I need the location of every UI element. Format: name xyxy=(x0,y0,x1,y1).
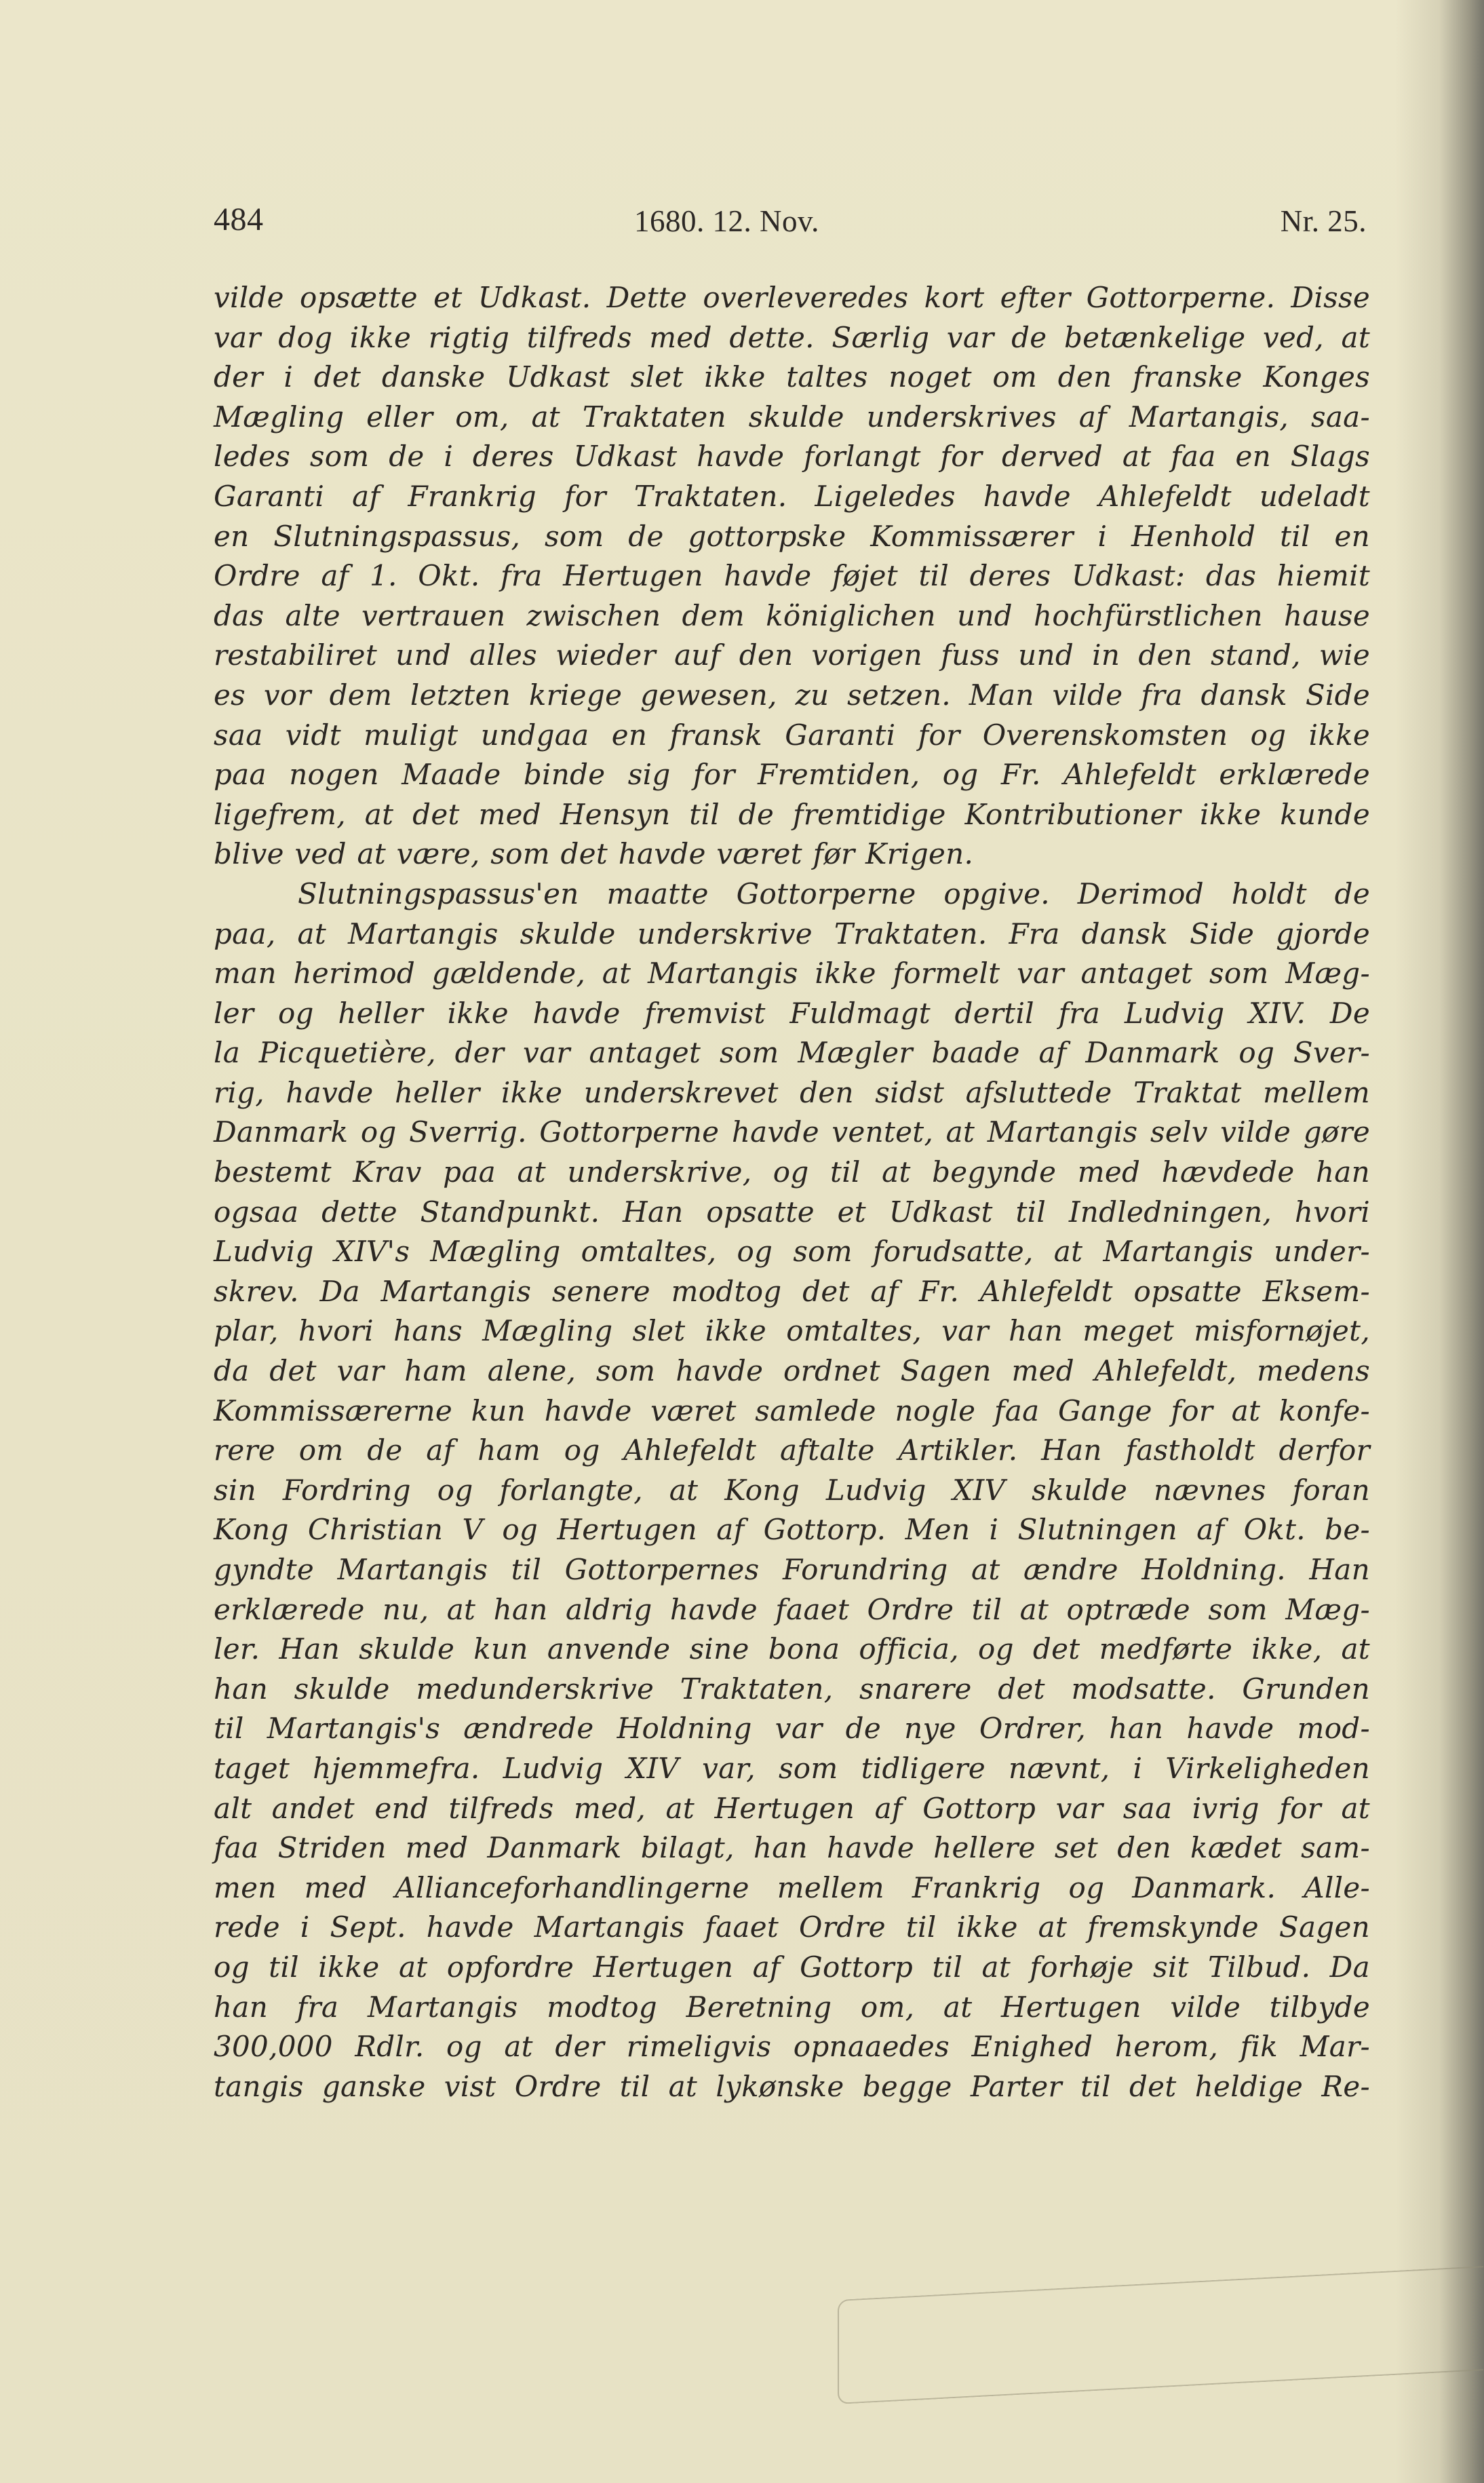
text-line: Danmark og Sverrig. Gottorperne havde ve… xyxy=(214,1113,1370,1153)
text-line: taget hjemmefra. Ludvig XIV var, som tid… xyxy=(214,1749,1370,1789)
text-line: paa nogen Maade binde sig for Fremtiden,… xyxy=(214,755,1370,795)
text-line: paa, at Martangis skulde underskrive Tra… xyxy=(214,915,1370,955)
text-line: rig, havde heller ikke underskrevet den … xyxy=(214,1073,1370,1113)
document-number: Nr. 25. xyxy=(1281,204,1367,239)
page-number: 484 xyxy=(214,201,264,238)
text-line: plar, hvori hans Mægling slet ikke omtal… xyxy=(214,1311,1370,1351)
text-line: 300,000 Rdlr. og at der rimeligvis opnaa… xyxy=(214,2027,1370,2067)
text-line: var dog ikke rigtig tilfreds med dette. … xyxy=(214,318,1370,358)
text-line: alt andet end tilfreds med, at Hertugen … xyxy=(214,1789,1370,1829)
text-line: bestemt Krav paa at underskrive, og til … xyxy=(214,1153,1370,1193)
text-line: Slutningspassus'en maatte Gottorperne op… xyxy=(214,874,1370,915)
text-line: Ludvig XIV's Mægling omtaltes, og som fo… xyxy=(214,1232,1370,1272)
text-line: la Picquetière, der var antaget som Mægl… xyxy=(214,1033,1370,1073)
text-line: gyndte Martangis til Gottorpernes Forund… xyxy=(214,1550,1370,1590)
text-line: Mægling eller om, at Traktaten skulde un… xyxy=(214,398,1370,438)
book-page: 484 1680. 12. Nov. Nr. 25. vilde opsætte… xyxy=(0,0,1484,2483)
text-line: og til ikke at opfordre Hertugen af Gott… xyxy=(214,1948,1370,1988)
text-line: Kong Christian V og Hertugen af Gottorp.… xyxy=(214,1510,1370,1550)
text-line: Garanti af Frankrig for Traktaten. Ligel… xyxy=(214,477,1370,517)
text-line: der i det danske Udkast slet ikke taltes… xyxy=(214,358,1370,398)
text-line: blive ved at være, som det havde været f… xyxy=(214,834,1370,874)
text-line: ler. Han skulde kun anvende sine bona of… xyxy=(214,1630,1370,1670)
text-line: skrev. Da Martangis senere modtog det af… xyxy=(214,1272,1370,1312)
running-head: 484 1680. 12. Nov. Nr. 25. xyxy=(214,201,1367,242)
text-line: rede i Sept. havde Martangis faaet Ordre… xyxy=(214,1908,1370,1948)
text-line: Ordre af 1. Okt. fra Hertugen havde føje… xyxy=(214,556,1370,596)
text-line: til Martangis's ændrede Holdning var de … xyxy=(214,1709,1370,1749)
text-line: man herimod gældende, at Martangis ikke … xyxy=(214,954,1370,994)
text-line: ligefrem, at det med Hensyn til de fremt… xyxy=(214,795,1370,835)
text-line: Kommissærerne kun havde været samlede no… xyxy=(214,1391,1370,1431)
text-line: ledes som de i deres Udkast havde forlan… xyxy=(214,437,1370,477)
text-line: en Slutningspassus, som de gottorpske Ko… xyxy=(214,517,1370,557)
text-line: han fra Martangis modtog Beretning om, a… xyxy=(214,1988,1370,2028)
text-line: rere om de af ham og Ahlefeldt aftalte A… xyxy=(214,1431,1370,1471)
text-line: saa vidt muligt undgaa en fransk Garanti… xyxy=(214,716,1370,756)
text-line: ler og heller ikke havde fremvist Fuldma… xyxy=(214,994,1370,1034)
text-line: vilde opsætte et Udkast. Dette overlever… xyxy=(214,278,1370,318)
text-line: es vor dem letzten kriege gewesen, zu se… xyxy=(214,676,1370,716)
paragraph-2: Slutningspassus'en maatte Gottorperne op… xyxy=(214,874,1370,2106)
text-line: ogsaa dette Standpunkt. Han opsatte et U… xyxy=(214,1193,1370,1233)
text-line: erklærede nu, at han aldrig havde faaet … xyxy=(214,1590,1370,1630)
page-tab-impression xyxy=(838,2266,1483,2404)
text-line: restabiliret und alles wieder auf den vo… xyxy=(214,636,1370,676)
text-line: faa Striden med Danmark bilagt, han havd… xyxy=(214,1828,1370,1868)
text-line: das alte vertrauen zwischen dem königlic… xyxy=(214,596,1370,636)
entry-date: 1680. 12. Nov. xyxy=(634,204,819,239)
text-line: men med Allianceforhandlingerne mellem F… xyxy=(214,1868,1370,1908)
text-line: sin Fordring og forlangte, at Kong Ludvi… xyxy=(214,1471,1370,1511)
text-line: tangis ganske vist Ordre til at lykønske… xyxy=(214,2067,1370,2107)
text-line: da det var ham alene, som havde ordnet S… xyxy=(214,1351,1370,1391)
text-line: han skulde medunderskrive Traktaten, sna… xyxy=(214,1670,1370,1710)
body-text: vilde opsætte et Udkast. Dette overlever… xyxy=(214,278,1370,2106)
paragraph-1: vilde opsætte et Udkast. Dette overlever… xyxy=(214,278,1370,874)
